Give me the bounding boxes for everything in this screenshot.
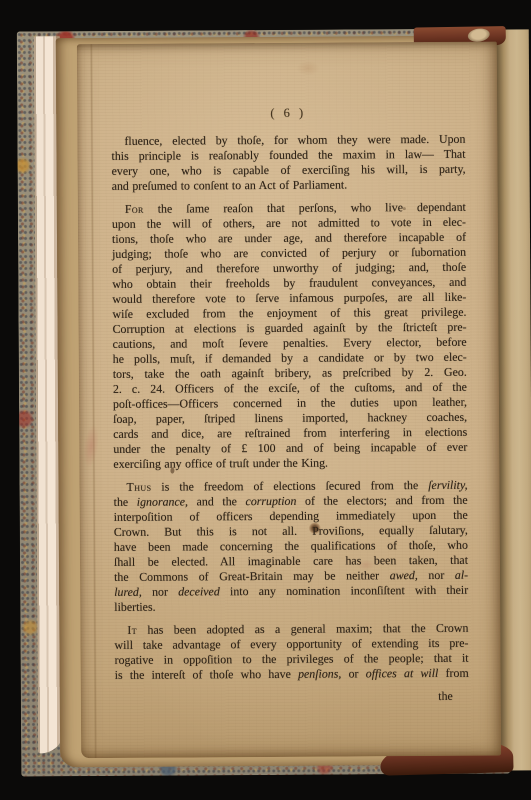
paragraph: fluence, elected by thoſe, for whom they… bbox=[111, 132, 465, 194]
italic-text: lured, bbox=[114, 585, 142, 599]
catchword: the bbox=[115, 689, 469, 706]
book-photograph: ( 6 ) fluence, elected by thoſe, for who… bbox=[0, 0, 531, 800]
italic-text: deceived bbox=[178, 584, 220, 598]
page-crease bbox=[90, 44, 97, 758]
text-line: and preſumed to conſent to an Act of Par… bbox=[112, 177, 466, 194]
text-line: is the intereſt of thoſe who have penſio… bbox=[115, 666, 469, 683]
paragraph: Thus is the freedom of elections ſecured… bbox=[113, 478, 468, 615]
italic-text: al- bbox=[455, 568, 468, 582]
text-line: exerciſing any office of truſt under the… bbox=[113, 455, 467, 472]
text-line: every one, who is capable of exerciſing … bbox=[112, 162, 466, 179]
smallcaps-text: It bbox=[127, 623, 137, 637]
italic-text: offices at will bbox=[366, 666, 439, 680]
smallcaps-text: Thus bbox=[126, 480, 151, 494]
text-block: ( 6 ) fluence, elected by thoſe, for who… bbox=[111, 42, 469, 758]
smallcaps-text: For bbox=[125, 202, 144, 216]
page-number: ( 6 ) bbox=[111, 105, 465, 122]
italic-text: ignorance, bbox=[137, 494, 188, 508]
book: ( 6 ) fluence, elected by thoſe, for who… bbox=[0, 0, 531, 800]
text-line: under the penalty of £ 100 and of being … bbox=[113, 440, 467, 457]
paragraph: For the ſame reaſon that perſons, who li… bbox=[112, 200, 468, 472]
italic-text: corruption bbox=[245, 494, 296, 508]
stain bbox=[82, 423, 101, 468]
book-page: ( 6 ) fluence, elected by thoſe, for who… bbox=[77, 42, 501, 759]
text-line: lured, nor deceived into any nomination … bbox=[114, 583, 468, 600]
body-text: fluence, elected by thoſe, for whom they… bbox=[111, 132, 468, 706]
italic-text: awed, bbox=[390, 568, 418, 582]
paragraph: It has been adopted as a general maxim; … bbox=[114, 621, 468, 683]
italic-text: penſions, bbox=[298, 667, 341, 681]
text-line: liberties. bbox=[114, 598, 468, 615]
italic-text: ſervility, bbox=[428, 478, 467, 492]
